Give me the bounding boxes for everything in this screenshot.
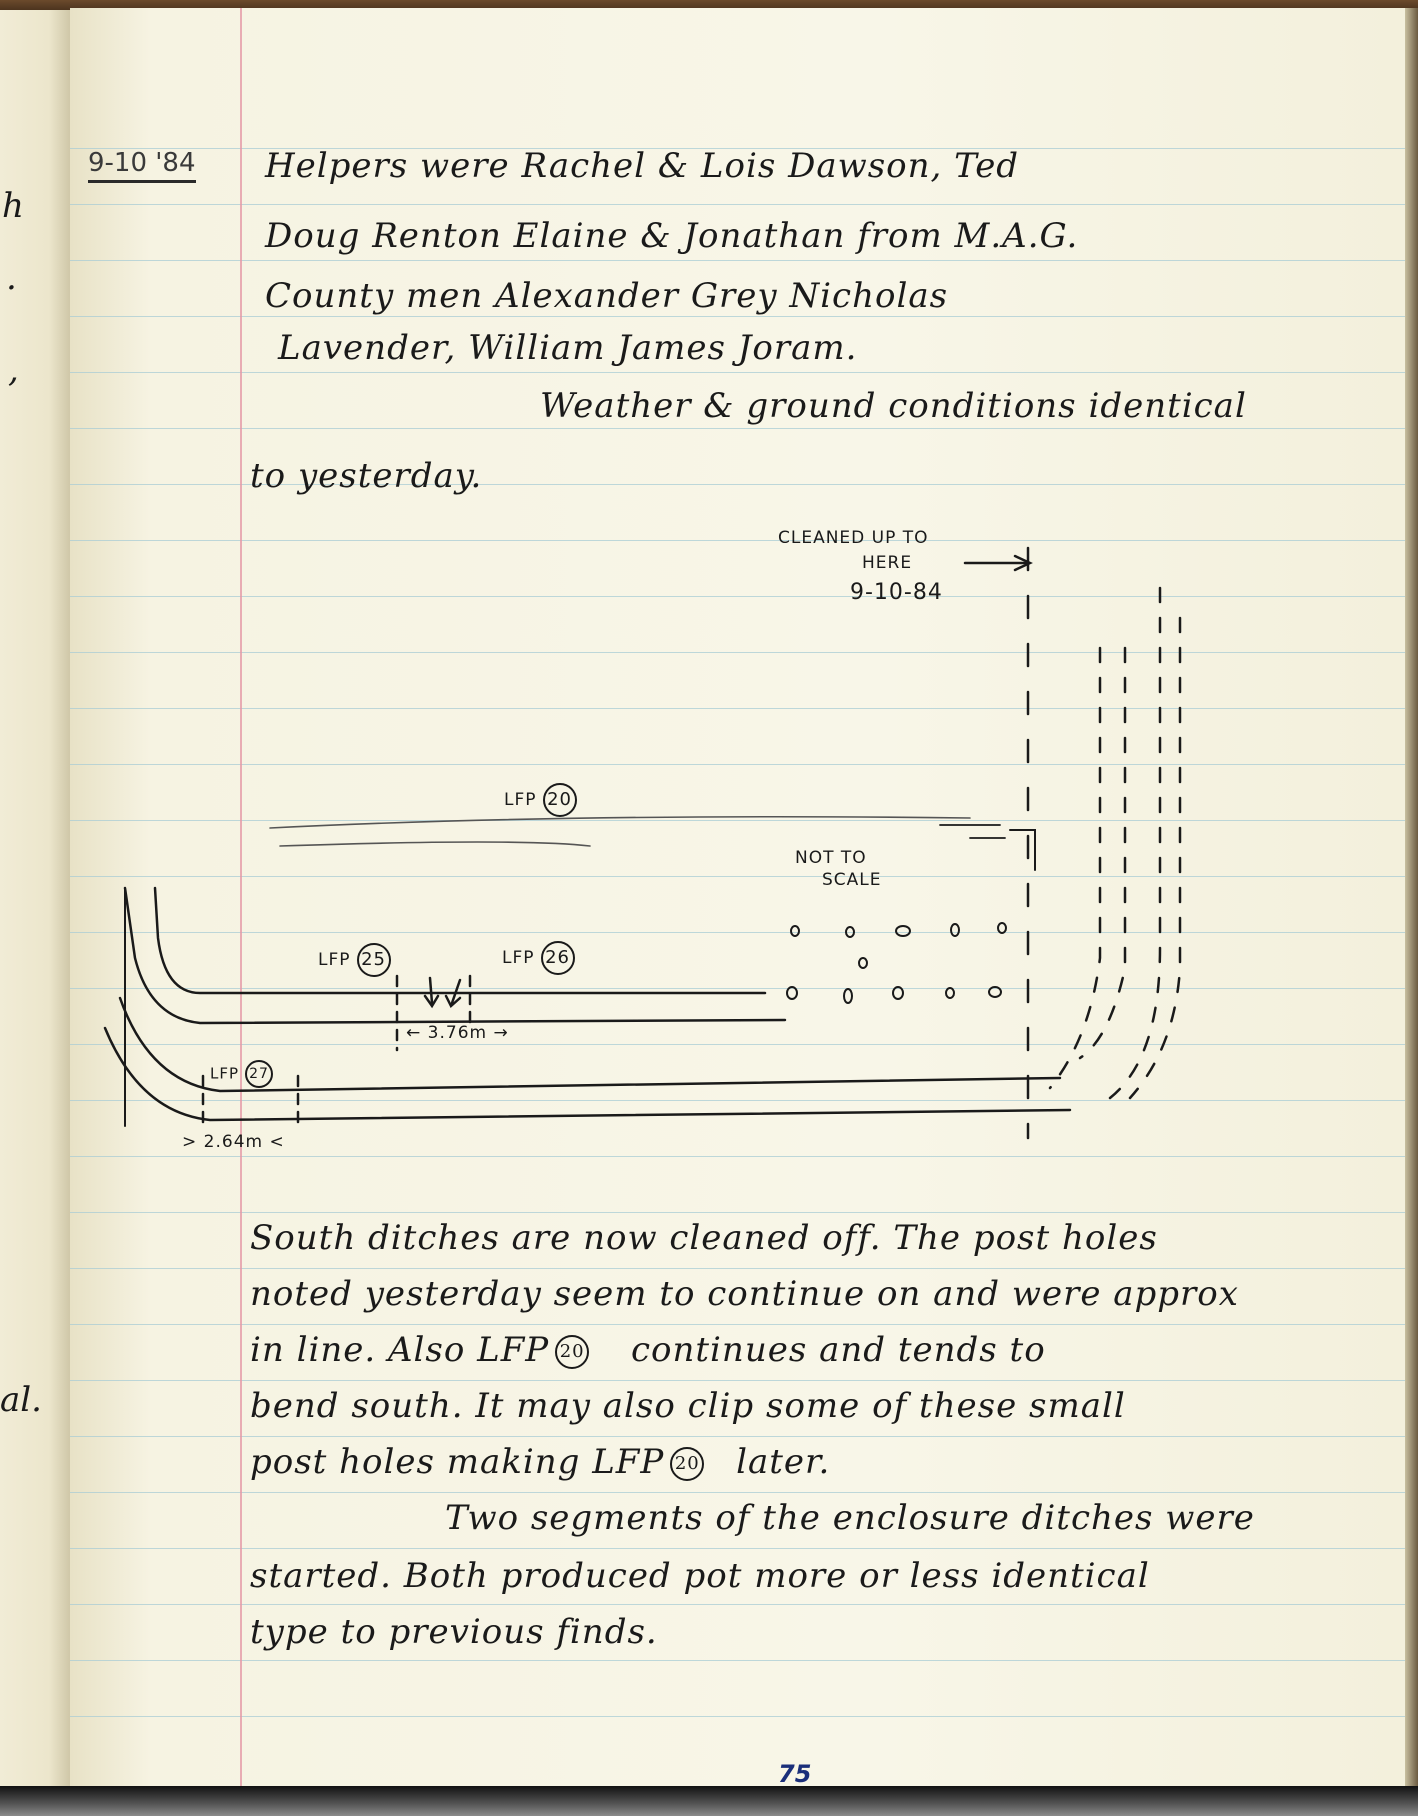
not-to-scale-label: NOT TO bbox=[795, 848, 867, 868]
feature-label-lfp-25: LFP25 bbox=[318, 943, 391, 977]
cleaned-annotation-line: CLEANED UP TO bbox=[778, 528, 929, 548]
not-to-scale-label: SCALE bbox=[822, 870, 882, 890]
note-line: noted yesterday seem to continue on and … bbox=[250, 1274, 1239, 1314]
left-page-fragment: h bbox=[2, 186, 24, 226]
feature-label-lfp-26: LFP26 bbox=[502, 941, 575, 975]
page-number: 75 bbox=[778, 1760, 811, 1788]
cleaned-annotation-line: HERE bbox=[862, 553, 912, 573]
feature-number-circle: 20 bbox=[543, 783, 577, 817]
feature-label-lfp-20: LFP20 bbox=[504, 783, 577, 817]
notebook-page: 9-10 '84 Helpers were Rachel & Lois Daws… bbox=[70, 8, 1405, 1788]
post-hole bbox=[787, 987, 797, 999]
note-line: type to previous finds. bbox=[250, 1612, 658, 1652]
cleaned-annotation-date: 9-10-84 bbox=[850, 580, 943, 605]
note-line-with-circle: in line. Also LFP20 continues and tends … bbox=[250, 1330, 1046, 1370]
left-page-fragment: , bbox=[8, 350, 19, 390]
feature-number-circle: 25 bbox=[357, 943, 391, 977]
note-line: started. Both produced pot more or less … bbox=[250, 1556, 1150, 1596]
feature-label-lfp-27: LFP27 bbox=[210, 1060, 273, 1088]
note-line: South ditches are now cleaned off. The p… bbox=[250, 1218, 1158, 1258]
note-line: bend south. It may also clip some of the… bbox=[250, 1386, 1126, 1426]
inline-feature-circle: 20 bbox=[555, 1335, 589, 1369]
left-page-fragment: al. bbox=[0, 1380, 42, 1420]
book-cover-bottom bbox=[0, 1786, 1418, 1816]
measurement-label: ← 3.76m → bbox=[406, 1023, 509, 1043]
feature-number-circle: 27 bbox=[245, 1060, 273, 1088]
left-page-fragment: . bbox=[6, 258, 17, 298]
page-right-edge bbox=[1405, 8, 1418, 1788]
left-page-edge: h . , al. bbox=[0, 10, 70, 1788]
note-line: Two segments of the enclosure ditches we… bbox=[445, 1498, 1255, 1538]
note-line-with-circle: post holes making LFP20 later. bbox=[250, 1442, 830, 1482]
feature-number-circle: 26 bbox=[541, 941, 575, 975]
measurement-label: > 2.64m < bbox=[182, 1132, 285, 1152]
inline-feature-circle: 20 bbox=[670, 1447, 704, 1481]
